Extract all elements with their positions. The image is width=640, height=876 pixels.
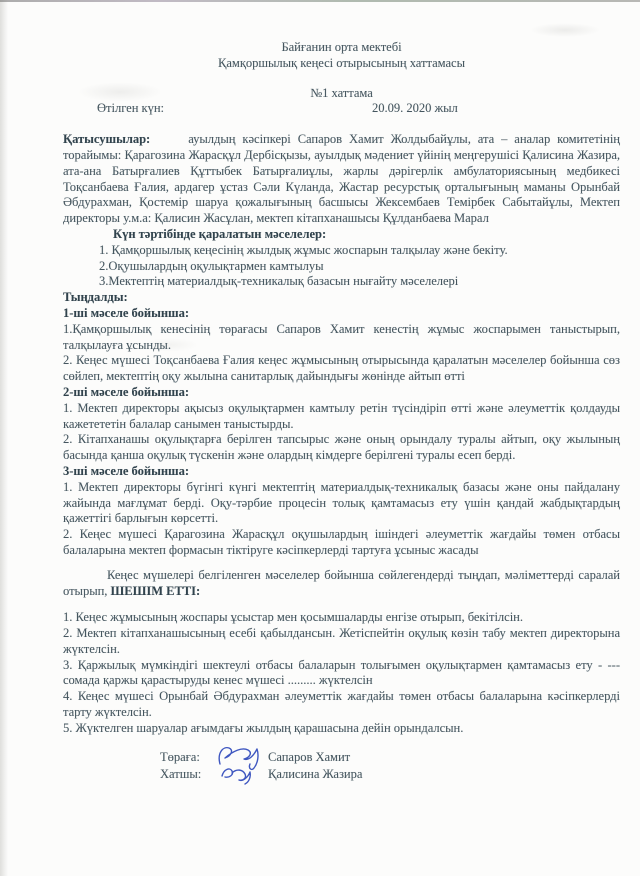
issue-3-paragraph-2: 2. Кеңес мүшесі Қарагозина Жарасқұл оқуш… (63, 527, 620, 559)
document-content: Байғанин орта мектебі Қамқоршылық кеңесі… (0, 0, 640, 784)
protocol-number: №1 хаттама (63, 86, 620, 102)
date-label: Өтілген күн: (97, 101, 164, 115)
agenda-item-1: 1. Қамқоршылық кеңесінің жылдық жұмыс жо… (99, 243, 620, 259)
resolution-item-3: 3. Қаржылық мүмкіндігі шектеулі отбасы б… (63, 658, 620, 690)
heard-heading: Тыңдалды: (63, 290, 620, 306)
resolution-item-1: 1. Кеңес жұмысының жоспары ұсыстар мен қ… (63, 610, 620, 626)
secretary-label: Хатшы: (160, 767, 212, 783)
date-row: Өтілген күн: 20.09. 2020 жыл (63, 101, 620, 117)
document-title: Қамқоршылық кеңесі отырысының хаттамасы (63, 56, 620, 72)
issue-3-paragraph-1: 1. Мектеп директоры бүгінгі күнгі мектеп… (63, 480, 620, 527)
date-value: 20.09. 2020 жыл (372, 101, 458, 117)
chair-name: Сапаров Хамит (268, 750, 350, 766)
issue-1-paragraph-2: 2. Кеңес мүшесі Тоқсанбаева Ғалия кеңес … (63, 353, 620, 385)
secretary-signature-icon (214, 763, 262, 785)
participants-text: ауылдың кәсіпкері Сапаров Хамит Жолдыбай… (63, 132, 620, 225)
issue-2-paragraph-1: 1. Мектеп директоры ақысыз оқулықтармен … (63, 401, 620, 433)
issue-3-heading: 3-ші мәселе бойынша: (63, 464, 620, 480)
resolutions-list: 1. Кеңес жұмысының жоспары ұсыстар мен қ… (63, 610, 620, 736)
secretary-name: Қалисина Жазира (268, 767, 362, 783)
issue-1-heading: 1-ші мәселе бойынша: (63, 306, 620, 322)
resolution-item-4: 4. Кеңес мүшесі Орынбай Әбдурахман әлеум… (63, 689, 620, 721)
issue-1-paragraph-1: 1.Қамқоршылық кенесінің төрағасы Сапаров… (63, 322, 620, 354)
participants-paragraph: Қатысушылар:ауылдың кәсіпкері Сапаров Ха… (63, 132, 620, 227)
issue-2-heading: 2-ші мәселе бойынша: (63, 385, 620, 401)
signature-block: Төраға: Сапаров Хамит Хатшы: Қалисина Жа… (160, 750, 620, 784)
school-name: Байғанин орта мектебі (63, 40, 620, 56)
resolution-item-2: 2. Мектеп кітапханашысының есебі қабылда… (63, 626, 620, 658)
document-page: Байғанин орта мектебі Қамқоршылық кеңесі… (0, 0, 640, 876)
decision-keyword: ШЕШІМ ЕТТІ: (111, 584, 201, 598)
agenda-heading: Күн тәртібінде қаралатын мәселелер: (113, 227, 620, 243)
participants-label: Қатысушылар: (63, 132, 150, 146)
resolution-item-5: 5. Жүктелген шаруалар ағымдағы жылдың қа… (63, 721, 620, 737)
decision-intro: Кеңес мүшелері белгіленген мәселелер бой… (63, 568, 620, 600)
issue-2-paragraph-2: 2. Кітапханашы оқулықтарға берілген тапс… (63, 432, 620, 464)
secretary-signature-row: Хатшы: Қалисина Жазира (160, 767, 620, 784)
chair-label: Төраға: (160, 750, 212, 766)
agenda-item-3: 3.Мектептің материалдық-техникалық базас… (99, 274, 620, 290)
agenda-item-2: 2.Оқушылардың оқулықтармен камтылуы (99, 259, 620, 275)
